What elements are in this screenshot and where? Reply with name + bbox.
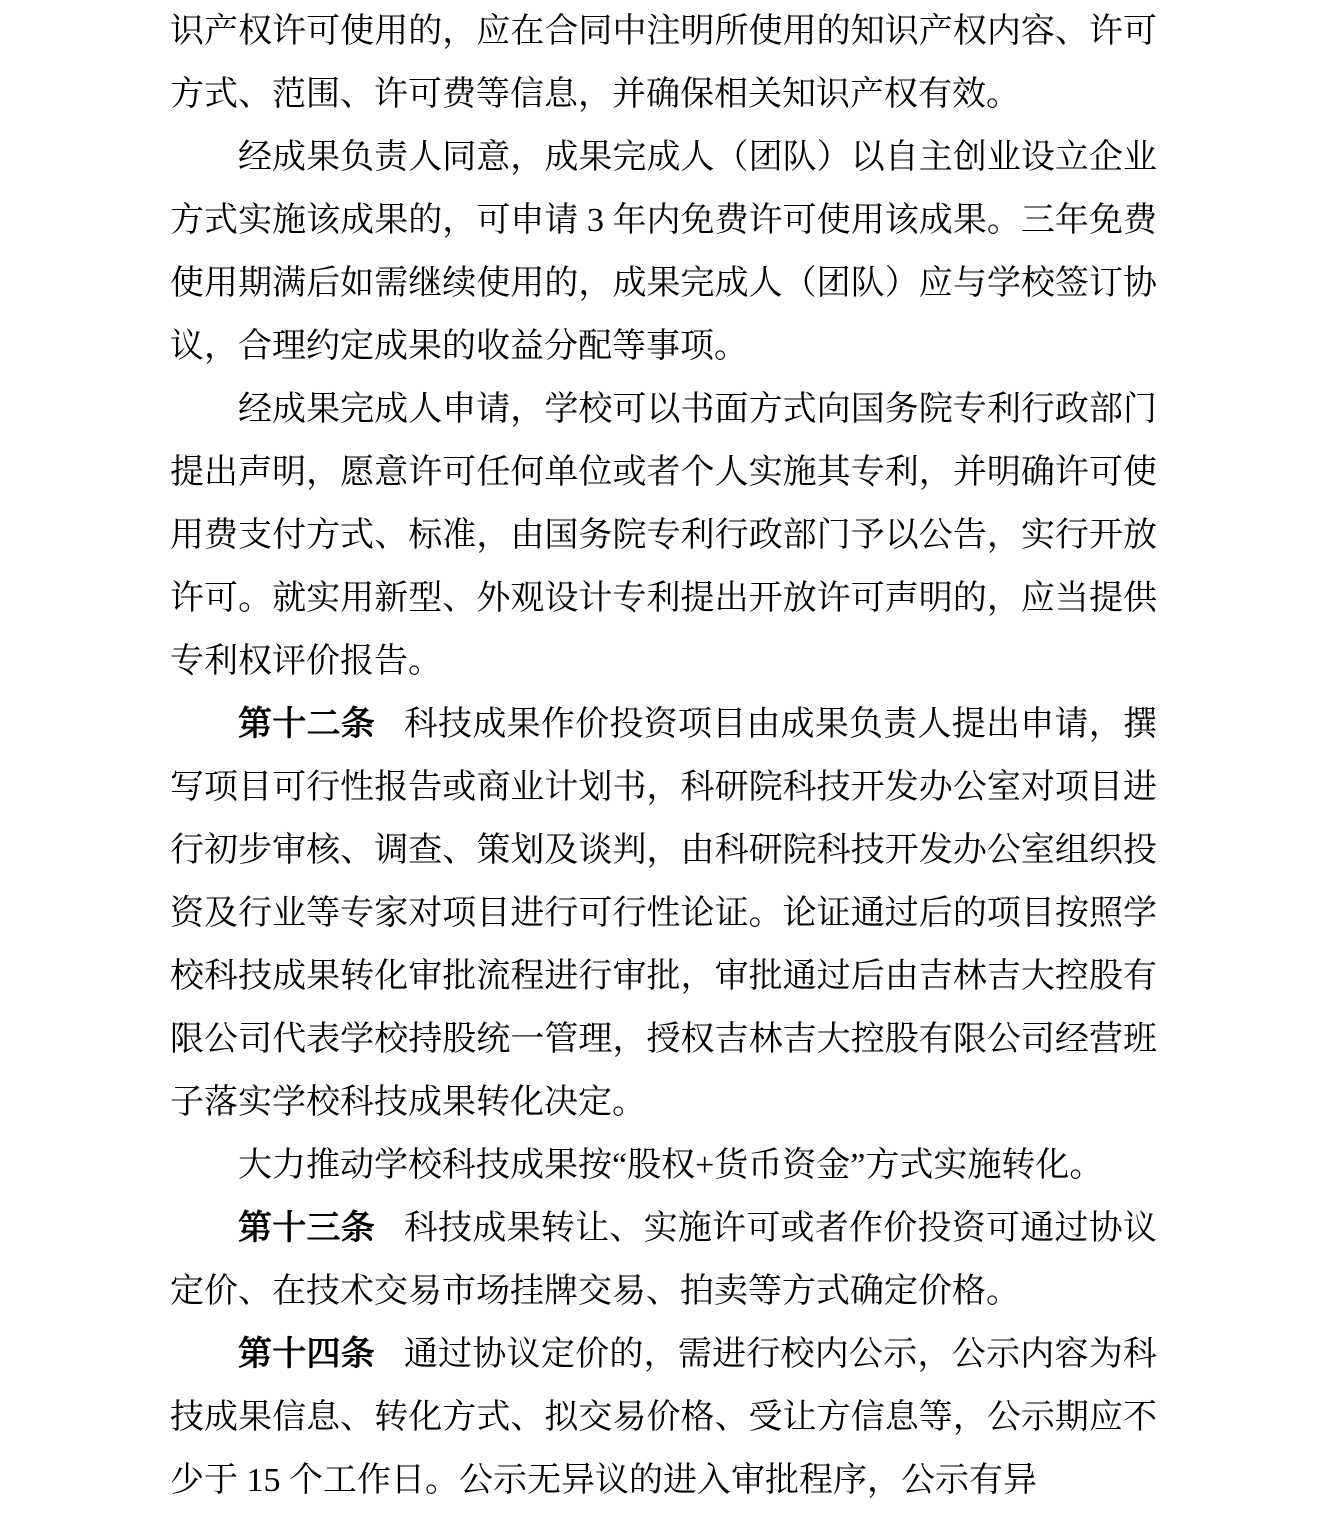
article-heading: 第十三条 [238,1209,375,1247]
paragraph-text: 经成果完成人申请，学校可以书面方式向国务院专利行政部门提出声明，愿意许可任何单位… [170,391,1157,680]
paragraph: 大力推动学校科技成果按“股权+货币资金”方式实施转化。 [170,1134,1157,1197]
paragraph-text: 经成果负责人同意，成果完成人（团队）以自主创业设立企业方式实施该成果的，可申请 … [170,139,1157,365]
paragraph-text: 大力推动学校科技成果按“股权+货币资金”方式实施转化。 [238,1147,1103,1184]
paragraph-article-12: 第十二条科技成果作价投资项目由成果负责人提出申请，撰写项目可行性报告或商业计划书… [170,693,1157,1134]
paragraph: 经成果完成人申请，学校可以书面方式向国务院专利行政部门提出声明，愿意许可任何单位… [170,378,1157,693]
paragraph-text: 识产权许可使用的，应在合同中注明所使用的知识产权内容、许可方式、范围、许可费等信… [170,13,1157,113]
paragraph-text: 科技成果作价投资项目由成果负责人提出申请，撰写项目可行性报告或商业计划书，科研院… [170,706,1157,1121]
paragraph-article-13: 第十三条科技成果转让、实施许可或者作价投资可通过协议定价、在技术交易市场挂牌交易… [170,1197,1157,1323]
article-heading: 第十四条 [238,1335,375,1373]
document-page: 识产权许可使用的，应在合同中注明所使用的知识产权内容、许可方式、范围、许可费等信… [0,0,1329,1516]
paragraph-article-14: 第十四条通过协议定价的，需进行校内公示，公示内容为科技成果信息、转化方式、拟交易… [170,1323,1157,1512]
article-heading: 第十二条 [238,705,375,743]
paragraph: 经成果负责人同意，成果完成人（团队）以自主创业设立企业方式实施该成果的，可申请 … [170,126,1157,378]
paragraph-continuation: 识产权许可使用的，应在合同中注明所使用的知识产权内容、许可方式、范围、许可费等信… [170,0,1157,126]
